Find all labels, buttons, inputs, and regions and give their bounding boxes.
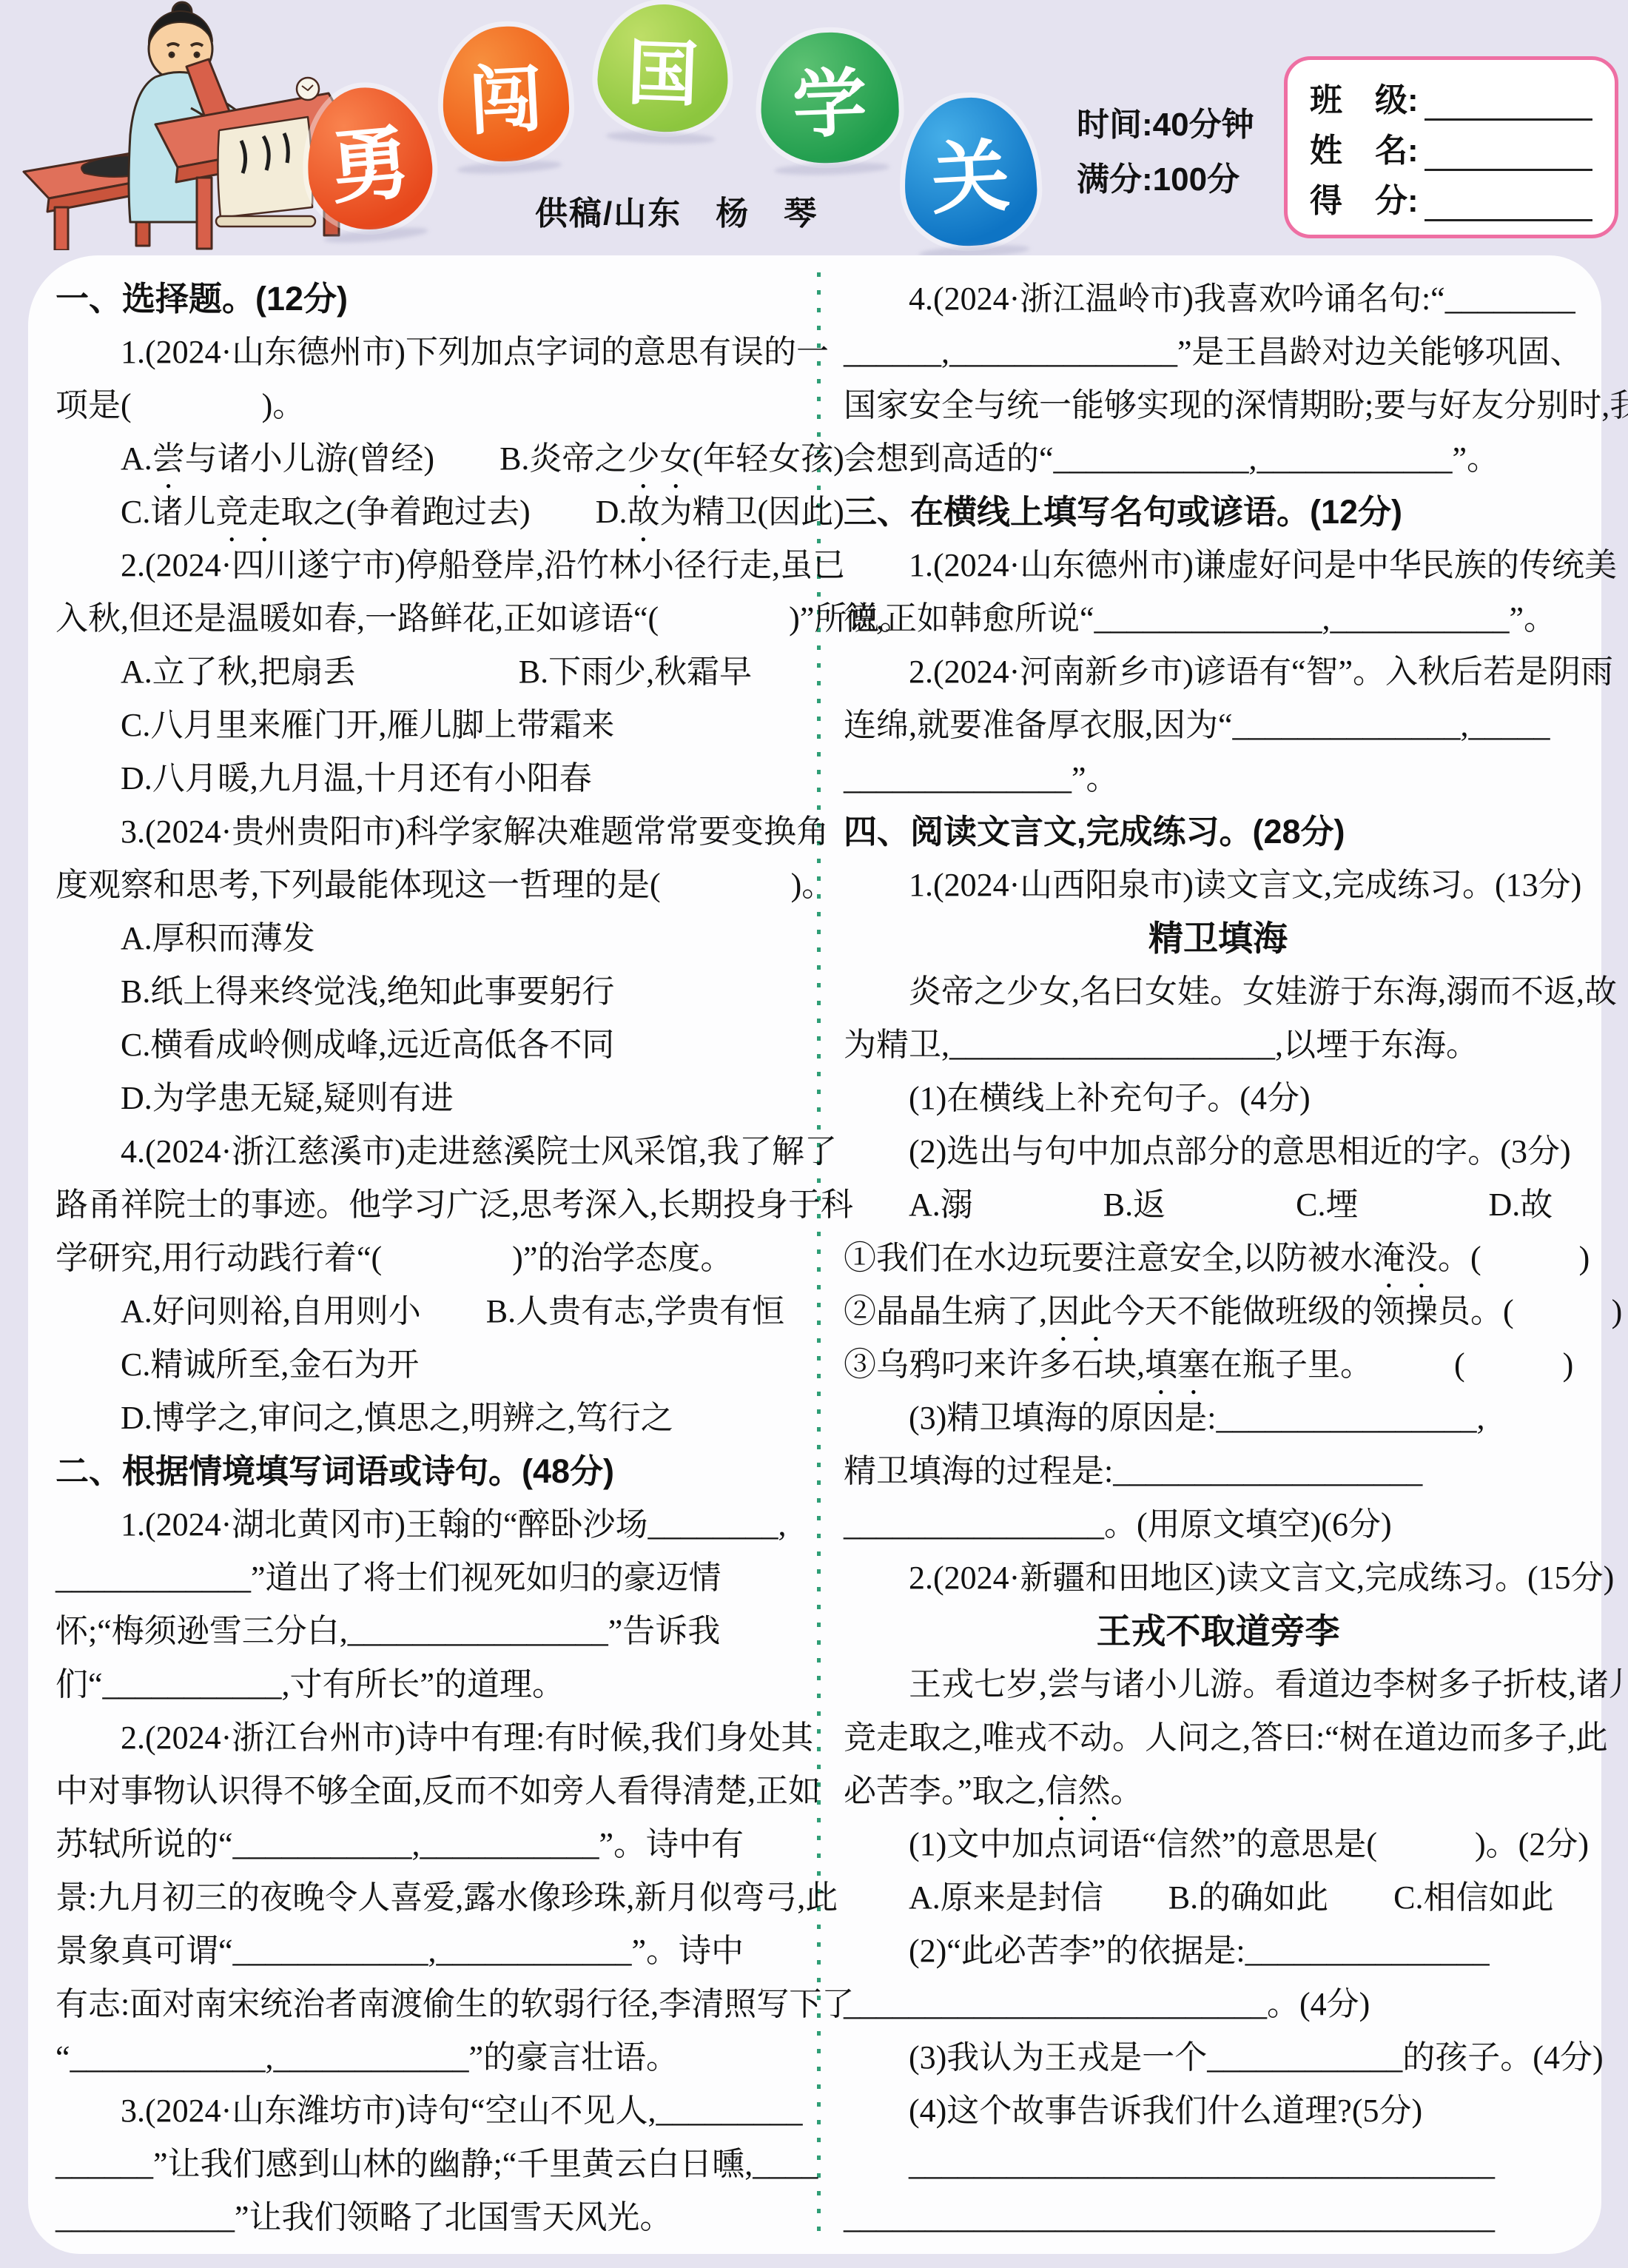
emphasized-text: 少女 (627, 440, 692, 477)
text-line: D.为学患无疑,疑则有进 (55, 1072, 804, 1125)
text-line: D.八月暖,九月温,十月还有小阳春 (55, 752, 804, 805)
text-line: 们“___________,寸有所长”的道理。 (55, 1658, 804, 1711)
time-limit-label: 时间:40分钟 (1077, 98, 1254, 152)
text-line: 精卫填海的过程是:___________________ (844, 1445, 1592, 1498)
text-line: 2.(2024·四川遂宁市)停船登岸,沿竹林小径行走,虽已 (55, 539, 804, 592)
text-line: (3)精卫填海的原因是:________________, (844, 1392, 1592, 1445)
text-line: 竞走取之,唯戎不动。人问之,答曰:“树在道边而多子,此 (844, 1711, 1592, 1765)
emphasized-text: 尝 (152, 440, 185, 477)
text-line: 3.(2024·贵州贵阳市)科学家解决难题常常要变换角 (55, 805, 804, 859)
text-line: 必苦李。”取之,信然。 (844, 1765, 1592, 1818)
text-line: 2.(2024·新疆和田地区)读文言文,完成练习。(15分) (844, 1551, 1592, 1605)
text-line: ____________”道出了将士们视死如归的豪迈情 (55, 1551, 804, 1605)
text-line: 国家安全与统一能够实现的深情期盼;要与好友分别时,我 (844, 379, 1592, 432)
text-line: (2)“此必苦李”的依据是:_______________ (844, 1925, 1592, 1978)
emphasized-text: 竞走 (215, 494, 280, 530)
text-line: 苏轼所说的“___________,___________”。诗中有 (55, 1818, 804, 1871)
text-line: ____________________________________ (844, 2138, 1592, 2191)
emphasized-text: 故 (627, 494, 659, 530)
score-row: 得 分: (1310, 174, 1592, 221)
text-line: 1.(2024·山西阳泉市)读文言文,完成练习。(13分) (844, 859, 1592, 912)
text-line: 德,正如韩愈所说“______________,___________”。 (844, 592, 1592, 645)
text-line: 路甬祥院士的事迹。他学习广泛,思考深入,长期投身于科 (55, 1178, 804, 1232)
text-line: ______”让我们感到山林的幽静;“千里黄云白日曛,____ (55, 2138, 804, 2191)
class-label: 班 级: (1310, 73, 1419, 121)
text-line: 会想到高适的“____________,____________”。 (844, 432, 1592, 486)
text-line: A.尝与诸小儿游(曾经) B.炎帝之少女(年轻女孩) (55, 432, 804, 486)
text-line: 连绵,就要准备厚衣服,因为“______________,_____ (844, 699, 1592, 752)
text-line: ______________”。 (844, 752, 1592, 805)
text-line: 1.(2024·山东德州市)谦虚好问是中华民族的传统美 (844, 539, 1592, 592)
emphasized-text: 信然 (1046, 1773, 1111, 1809)
exam-meta: 时间:40分钟 满分:100分 (1077, 98, 1254, 207)
section-heading: 四、阅读文言文,完成练习。(28分) (844, 805, 1592, 859)
worksheet-page: 勇闯国学关 供稿/山东 杨 琴 时间:40分钟 满分:100分 班 级:姓 名:… (0, 0, 1628, 2268)
title-badge: 闯 (439, 24, 571, 165)
text-line: A.溺 B.返 C.堙 D.故 (844, 1178, 1592, 1232)
title-badge: 学 (758, 30, 901, 165)
text-line: A.好问则裕,自用则小 B.人贵有志,学贵有恒 (55, 1285, 804, 1338)
student-info-box: 班 级:姓 名:得 分: (1284, 56, 1618, 238)
text-line: (1)在横线上补充句子。(4分) (844, 1072, 1592, 1125)
text-line: ①我们在水边玩要注意安全,以防被水淹没。( ) (844, 1232, 1592, 1285)
text-line: 3.(2024·山东潍坊市)诗句“空山不见人,_________ (55, 2084, 804, 2138)
score-blank (1424, 189, 1592, 221)
text-line: 学研究,用行动践行着“( )”的治学态度。 (55, 1232, 804, 1285)
full-score-label: 满分:100分 (1077, 152, 1254, 207)
text-line: ___________”让我们领略了北国雪天风光。 (55, 2191, 804, 2244)
text-line: A.立了秋,把扇丢 B.下雨少,秋霜早 (55, 645, 804, 699)
title-badge: 国 (596, 2, 730, 134)
contributor-credit: 供稿/山东 杨 琴 (535, 187, 818, 234)
text-line: (1)文中加点词语“信然”的意思是( )。(2分) (844, 1818, 1592, 1871)
text-line: 为精卫,____________________,以堙于东海。 (844, 1019, 1592, 1072)
text-line: __________________________。(4分) (844, 1978, 1592, 2031)
text-line: (2)选出与句中加点部分的意思相近的字。(3分) (844, 1125, 1592, 1178)
text-line: ________________________________________ (844, 2191, 1592, 2244)
emphasized-text: 淹没 (1373, 1240, 1438, 1276)
passage-title: 王戎不取道旁李 (844, 1605, 1592, 1658)
text-line: C.横看成岭侧成峰,远近高低各不同 (55, 1019, 804, 1072)
section-heading: 三、在横线上填写名句或谚语。(12分) (844, 486, 1592, 539)
text-line: 景:九月初三的夜晚令人喜爱,露水像珍珠,新月似弯弓,此 (55, 1871, 804, 1925)
name-label: 姓 名: (1310, 124, 1419, 171)
text-line: 中对事物认识得不够全面,反而不如旁人看得清楚,正如 (55, 1765, 804, 1818)
right-column: 4.(2024·浙江温岭市)我喜欢吟诵名句:“______________,__… (844, 272, 1592, 2244)
emphasized-text: 填塞 (1145, 1346, 1210, 1383)
name-row: 姓 名: (1310, 124, 1592, 171)
class-row: 班 级: (1310, 73, 1592, 121)
text-line: 入秋,但还是温暖如春,一路鲜花,正如谚语“( )”所说。 (55, 592, 804, 645)
section-heading: 一、选择题。(12分) (55, 272, 804, 326)
text-line: 4.(2024·浙江慈溪市)走进慈溪院士风采馆,我了解了 (55, 1125, 804, 1178)
title-badge: 关 (901, 94, 1040, 249)
text-line: C.精诚所至,金石为开 (55, 1338, 804, 1392)
section-heading: 二、根据情境填写词语或诗句。(48分) (55, 1445, 804, 1498)
text-line: ③乌鸦叼来许多石块,填塞在瓶子里。 ( ) (844, 1338, 1592, 1392)
text-line: ②晶晶生病了,因此今天不能做班级的领操员。( ) (844, 1285, 1592, 1338)
text-line: 4.(2024·浙江温岭市)我喜欢吟诵名句:“________ (844, 272, 1592, 326)
text-line: B.纸上得来终觉浅,绝知此事要躬行 (55, 965, 804, 1019)
passage-title: 精卫填海 (844, 912, 1592, 965)
text-line: 1.(2024·湖北黄冈市)王翰的“醉卧沙场________, (55, 1498, 804, 1551)
text-line: C.诸儿竞走取之(争着跑过去) D.故为精卫(因此) (55, 486, 804, 539)
text-line: (3)我认为王戎是一个____________的孩子。(4分) (844, 2031, 1592, 2084)
class-blank (1424, 89, 1592, 121)
emphasized-text: 因此 (1047, 1293, 1112, 1329)
text-line: 景象真可谓“____________,____________”。诗中 (55, 1925, 804, 1978)
name-blank (1424, 139, 1592, 171)
text-line: C.八月里来雁门开,雁儿脚上带霜来 (55, 699, 804, 752)
text-line: ______,______________”是王昌龄对边关能够巩固、 (844, 326, 1592, 379)
score-label: 得 分: (1310, 174, 1419, 221)
text-line: 有志:面对南宋统治者南渡偷生的软弱行径,李清照写下了 (55, 1978, 804, 2031)
text-line: 怀;“梅须逊雪三分白,________________”告诉我 (55, 1605, 804, 1658)
text-line: ________________。(用原文填空)(6分) (844, 1498, 1592, 1551)
text-line: A.原来是封信 B.的确如此 C.相信如此 (844, 1871, 1592, 1925)
text-line: (4)这个故事告诉我们什么道理?(5分) (844, 2084, 1592, 2138)
text-line: 2.(2024·河南新乡市)谚语有“智”。入秋后若是阴雨 (844, 645, 1592, 699)
text-line: A.厚积而薄发 (55, 912, 804, 965)
text-line: 度观察和思考,下列最能体现这一哲理的是( )。 (55, 859, 804, 912)
text-line: “____________,____________”的豪言壮语。 (55, 2031, 804, 2084)
text-line: 项是( )。 (55, 379, 804, 432)
left-column: 一、选择题。(12分) 1.(2024·山东德州市)下列加点字词的意思有误的一项… (55, 272, 804, 2244)
text-line: 炎帝之少女,名曰女娃。女娃游于东海,溺而不返,故 (844, 965, 1592, 1019)
text-line: D.博学之,审问之,慎思之,明辨之,笃行之 (55, 1392, 804, 1445)
text-line: 1.(2024·山东德州市)下列加点字词的意思有误的一 (55, 326, 804, 379)
text-line: 2.(2024·浙江台州市)诗中有理:有时候,我们身处其 (55, 1711, 804, 1765)
text-line: 王戎七岁,尝与诸小儿游。看道边李树多子折枝,诸儿 (844, 1658, 1592, 1711)
